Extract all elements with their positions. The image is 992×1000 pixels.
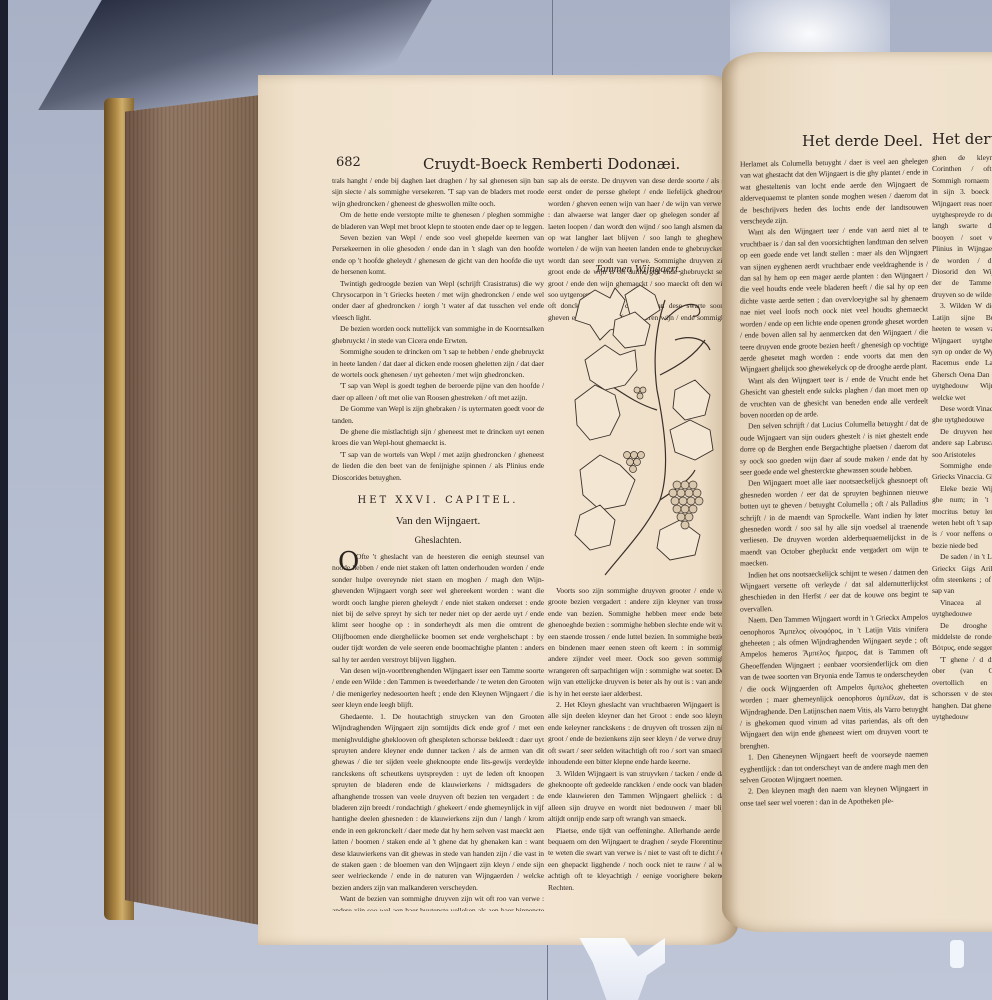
running-head: Cruydt-Boeck Remberti Dodonæi. [423, 155, 680, 173]
paragraph: 'T ghene / d druyven ober (van Colume ov… [932, 654, 992, 722]
paragraph: De Gomme van Wepl is zijn ghebraken / is… [332, 403, 544, 426]
paragraph: 2. Den kleynen magh den naem van kleynen… [740, 783, 928, 809]
paragraph: Want als den Wijngaert teer is / ende de… [740, 372, 928, 421]
paragraph: 'T sap van de wortels van Wepl / met azi… [332, 449, 544, 483]
running-head: Het derde Deel. [802, 132, 923, 150]
section-label: Gheslachten. [332, 535, 544, 545]
right-page: Het derde Deel. Het dertien Herlamet als… [722, 52, 992, 932]
tissue-paper [950, 940, 964, 968]
paragraph: Den Wijngaert moet alle iaer nootsaeckel… [740, 475, 928, 570]
figure-caption: Tammen Wijngaert. [548, 263, 728, 275]
paragraph: Indien het ons nootsaeckelijck schijnt t… [740, 566, 928, 615]
grapevine-woodcut-icon [565, 280, 725, 580]
page-block-edge [125, 95, 260, 925]
paragraph: Dese wordt Vinacea al 't ghe uytghedouwe [932, 403, 992, 426]
backdrop-seam [547, 945, 548, 1000]
paragraph: Van desen wijn-voortbrenghenden Wijngaer… [332, 665, 544, 711]
paragraph: De ghene die mistlachtigh sijn / ghenees… [332, 426, 544, 449]
paragraph: Want als den Wijngaert teer / ende van a… [740, 224, 928, 376]
paragraph: Voorts soo zijn sommighe druyven grooter… [548, 585, 728, 699]
chapter-subtitle: Van den Wijngaert. [332, 515, 544, 527]
paragraph: 'T water dat uyt den afghehouwen tack va… [332, 483, 544, 485]
paragraph: Twintigh gedroogde bezien van Wepl (schr… [332, 278, 544, 324]
paragraph: 3. Wilden W die in 't Latijn sijne Bucol… [932, 300, 992, 403]
paragraph: trals hanght / ende bij daghen laet drag… [332, 175, 544, 209]
paragraph: 2. Het Kleyn gheslacht van vruchtbaeren … [548, 699, 728, 767]
paragraph: De drooghe hek middelste de ronde gesch … [932, 620, 992, 654]
paragraph: Naem. Den Tammen Wijngaert wordt in 't G… [740, 612, 928, 752]
text-column-left-top: trals hanght / ende bij daghen laet drag… [332, 175, 544, 485]
paragraph: 1. Den Gheneynen Wijngaert heeft de voor… [740, 748, 928, 786]
paragraph: Den selven schrijft / dat Lucius Columel… [740, 418, 928, 478]
paragraph: Ghedaente. 1. De houtachtigh struycken v… [332, 711, 544, 894]
backdrop-edge [0, 0, 8, 1000]
text-column-right-bottom: Voorts soo zijn sommighe druyven grooter… [548, 585, 728, 915]
paragraph: Ofte 't gheslacht van de heesteren die e… [332, 551, 544, 665]
paragraph: De bezien worden oock nuttelijck van som… [332, 323, 544, 346]
paragraph: Sommighe souden te drincken om 't sap te… [332, 346, 544, 380]
page-number: 682 [336, 155, 361, 170]
paragraph: Sommighe ende in 't Griecks Vinaccia. Gh… [932, 460, 992, 483]
paragraph: 3. Wilden Wijngaert is van struyvken / t… [548, 768, 728, 825]
chapter-title: HET XXVI. CAPITEL. [332, 495, 544, 506]
paragraph: Om de hette ende verstopte milte te ghen… [332, 209, 544, 232]
paragraph: Vinacea al 't g uytghedouwe [932, 597, 992, 620]
paragraph: Want de bezien van sommighe druyven zijn… [332, 893, 544, 911]
paragraph: De saden / in 't Latijn V Grieckx Gigs A… [932, 551, 992, 597]
paragraph: 'T sap van Wepl is goedt teghen de beroe… [332, 380, 544, 403]
text-column-left-bottom: Ofte 't gheslacht van de heesteren die e… [332, 551, 544, 911]
paragraph: ghen de kleyne g Corinthen / oft ten. So… [932, 152, 992, 300]
paragraph: Seven bezien van Wepl / ende soo veel gh… [332, 232, 544, 278]
running-head: Het dertien [932, 130, 992, 148]
text-column-left: Herlamet als Columella betuyght / daer i… [740, 155, 928, 928]
paragraph: Herlamet als Columella betuyght / daer i… [740, 155, 928, 227]
tissue-paper [575, 938, 665, 1000]
paragraph: De druyven heeft een andere sap Labrusca… [932, 426, 992, 460]
paragraph: Plaetse, ende tijdt van oeffeninghe. All… [548, 825, 728, 893]
text-column-right: ghen de kleyne g Corinthen / oft ten. So… [932, 152, 992, 942]
paragraph: Eleke bezie Wijnbezie ghe num; in 't Gri… [932, 483, 992, 551]
